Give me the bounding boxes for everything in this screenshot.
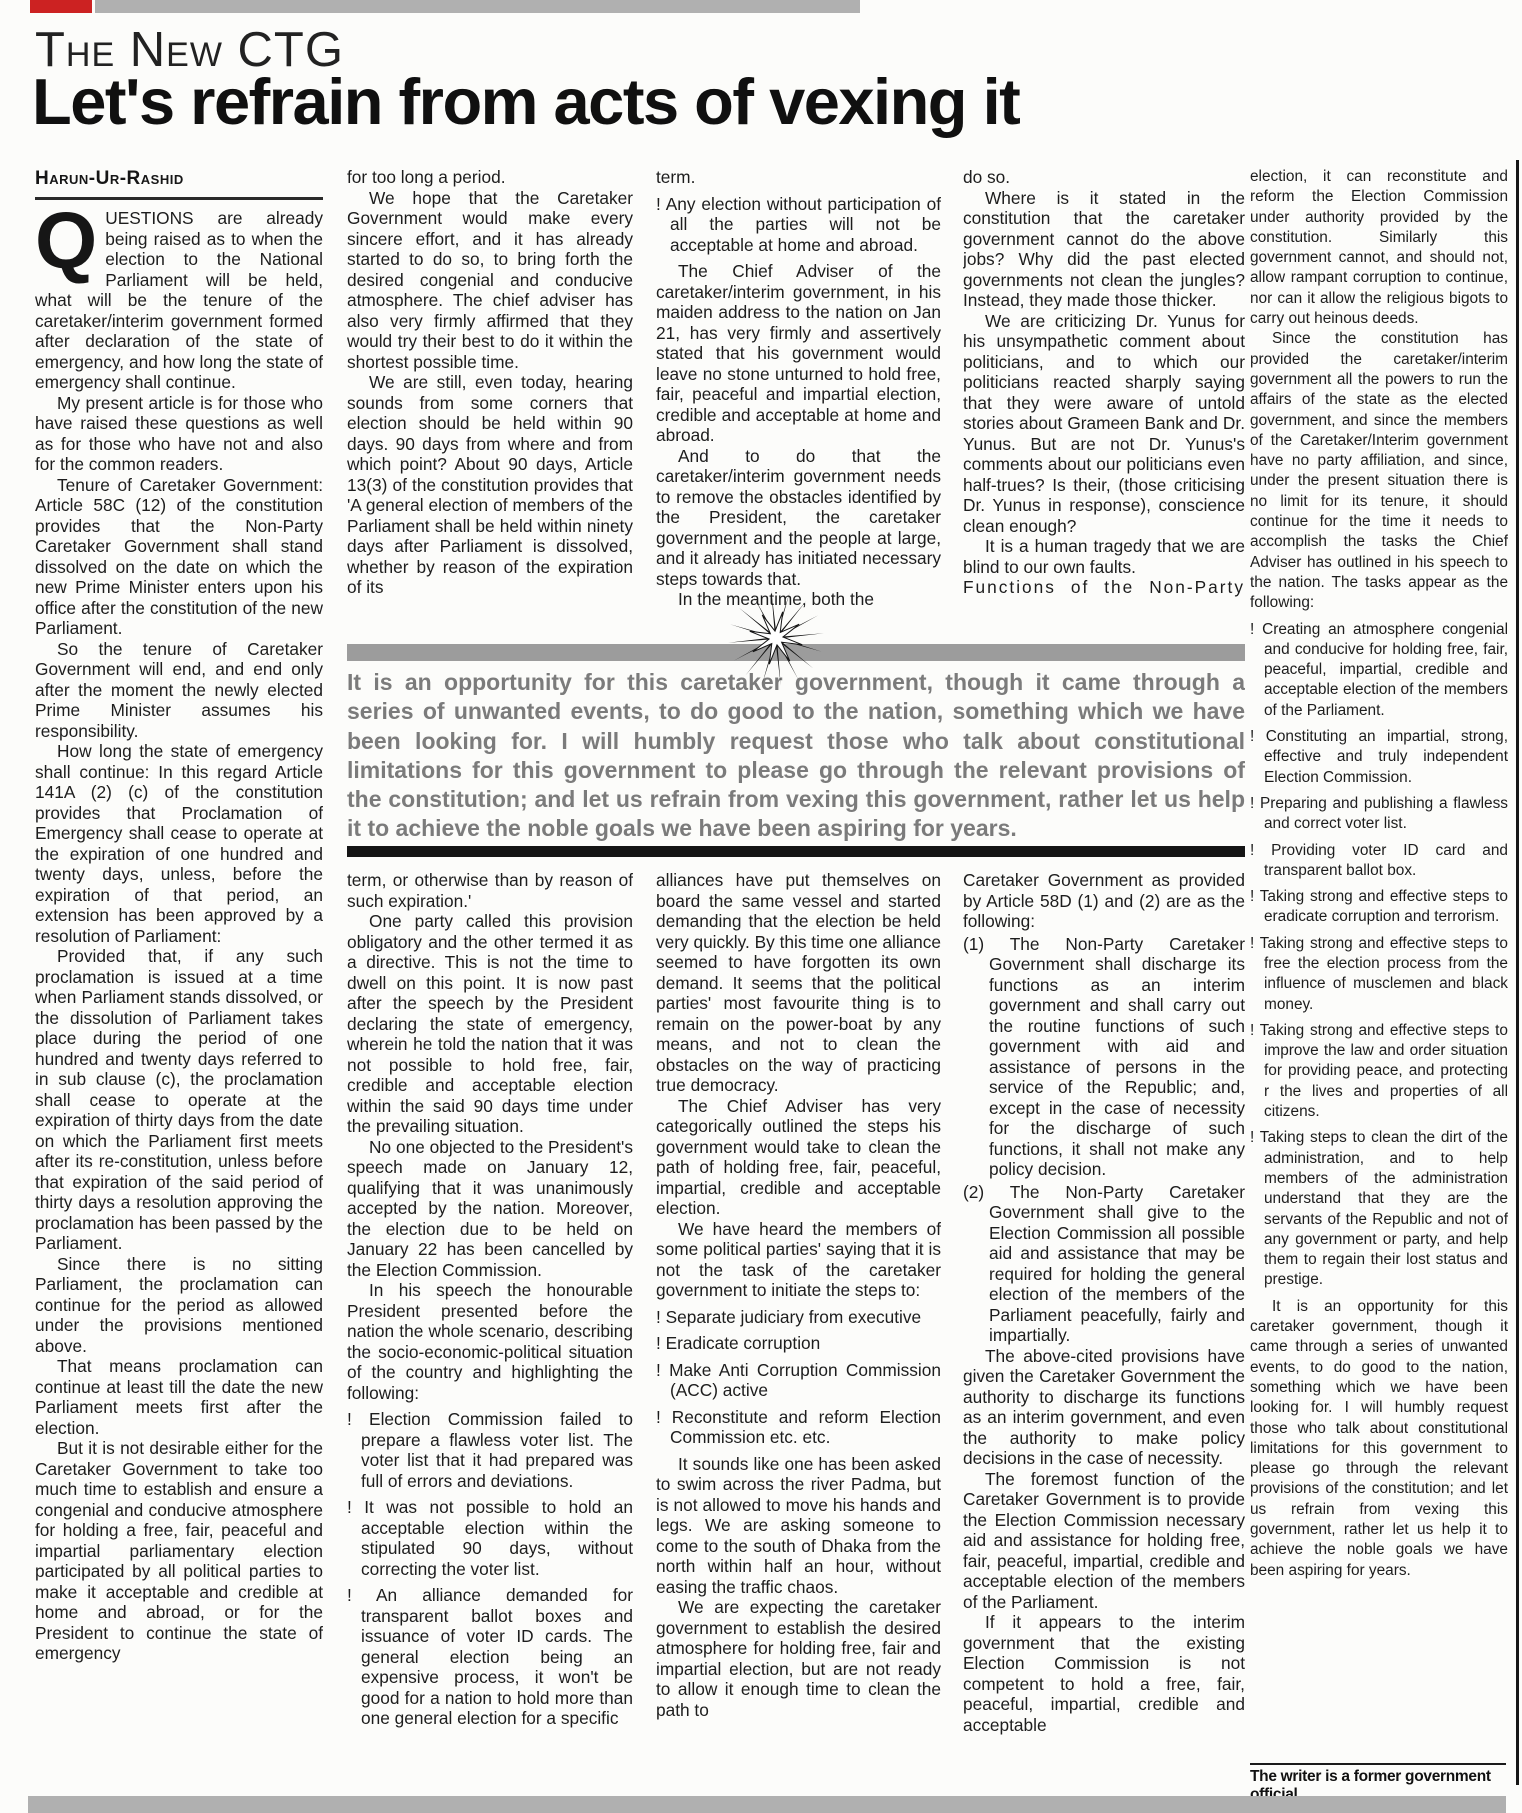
bullet-item: ! Taking steps to clean the dirt of the … [1250,1128,1508,1290]
bullet-mark: ! [1250,842,1254,859]
bullet-mark: ! [347,1585,352,1605]
paragraph: Tenure of Caretaker Government: Article … [35,475,323,639]
paragraph: Since there is no sitting Parliament, th… [35,1254,323,1357]
column-5: election, it can reconstitute and reform… [1250,167,1508,1755]
bullet-mark: ! [347,1409,352,1429]
paragraph: The foremost function of the Caretaker G… [963,1469,1245,1613]
bullet-item: ! Taking strong and effective steps to e… [1250,887,1508,928]
paragraph: And to do that the caretaker/interim gov… [656,446,941,590]
paragraph: Where is it stated in the constitution t… [963,188,1245,311]
paragraph: We hope that the Caretaker Government wo… [347,188,633,373]
numbered-item: (1) The Non-Party Caretaker Government s… [963,934,1245,1180]
bullet-mark: ! [656,1307,661,1327]
bullet-item: ! Providing voter ID card and transparen… [1250,841,1508,882]
numbered-item: (2) The Non-Party Caretaker Government s… [963,1182,1245,1346]
paragraph: If it appears to the interim government … [963,1612,1245,1735]
paragraph: do so. [963,167,1245,188]
bullet-mark: ! [1250,1129,1254,1146]
bullet-item: ! Constituting an impartial, strong, eff… [1250,727,1508,788]
bullet-item: ! Election Commission failed to prepare … [347,1409,633,1491]
bullet-mark: ! [656,194,661,214]
bullet-mark: ! [656,1333,661,1353]
column-4-lower: Caretaker Government as provided by Arti… [963,870,1245,1792]
paragraph: We are still, even today, hearing sounds… [347,372,633,598]
paragraph: We are criticizing Dr. Yunus for his uns… [963,311,1245,537]
bullet-mark: ! [656,1360,661,1380]
paragraph: My present article is for those who have… [35,393,323,475]
bullet-item: ! Taking strong and effective steps to f… [1250,934,1508,1015]
paragraph: We have heard the members of some politi… [656,1219,941,1301]
bullet-item: ! Reconstitute and reform Election Commi… [656,1407,941,1448]
bullet-mark: ! [1250,1022,1254,1039]
bullet-item: ! Any election without participation of … [656,194,941,256]
bullet-item: ! Taking strong and effective steps to i… [1250,1021,1508,1122]
byline-rule [35,197,323,200]
paragraph: No one objected to the President's speec… [347,1137,633,1281]
column-1: QUESTIONS are already being raised as to… [35,208,323,1792]
page-edge-rule [1516,160,1519,1785]
bullet-item: ! Make Anti Corruption Commission (ACC) … [656,1360,941,1401]
pull-quote: It is an opportunity for this caretaker … [347,668,1245,844]
paragraph: QUESTIONS are already being raised as to… [35,208,323,393]
bullet-item: ! Eradicate corruption [656,1333,941,1354]
column-3-upper: term.! Any election without participatio… [656,167,941,637]
column-4-upper: do so.Where is it stated in the constitu… [963,167,1245,637]
starburst-icon [726,588,826,688]
paragraph: The above-cited provisions have given th… [963,1346,1245,1469]
headline: Let's refrain from acts of vexing it [32,68,1512,136]
credit-rule [1250,1763,1506,1765]
paragraph: election, it can reconstitute and reform… [1250,167,1508,329]
paragraph: One party called this provision obligato… [347,911,633,1137]
paragraph: Functions of the Non-Party [963,577,1245,598]
paragraph: The Chief Adviser of the caretaker/inter… [656,261,941,446]
paragraph: for too long a period. [347,167,633,188]
bullet-mark: ! [1250,888,1254,905]
paragraph: That means proclamation can continue at … [35,1356,323,1438]
column-2-lower: term, or otherwise than by reason of suc… [347,870,633,1792]
paragraph: term, or otherwise than by reason of suc… [347,870,633,911]
newspaper-page: The New CTG Let's refrain from acts of v… [0,0,1522,1813]
paragraph: Caretaker Government as provided by Arti… [963,870,1245,932]
bullet-mark: ! [1250,935,1254,952]
bullet-mark: ! [656,1407,661,1427]
bullet-mark: ! [1250,795,1254,812]
bullet-mark: ! [1250,728,1254,745]
paragraph: It sounds like one has been asked to swi… [656,1454,941,1598]
bullet-item: ! An alliance demanded for transparent b… [347,1585,633,1729]
pull-quote-bottom-bar [347,846,1245,857]
bullet-item: ! It was not possible to hold an accepta… [347,1497,633,1579]
top-gray-bar [95,0,860,13]
paragraph: term. [656,167,941,188]
bottom-gray-bar [28,1796,1506,1813]
paragraph: But it is not desirable either for the C… [35,1438,323,1664]
bullet-item: ! Creating an atmosphere congenial and c… [1250,620,1508,721]
byline: Harun-Ur-Rashid [35,168,184,190]
drop-cap: Q [35,211,97,271]
bullet-mark: ! [347,1497,352,1517]
column-2-upper: for too long a period.We hope that the C… [347,167,633,637]
column-3-lower: alliances have put themselves on board t… [656,870,941,1792]
paragraph: It is a human tragedy that we are blind … [963,536,1245,577]
paragraph: We are expecting the caretaker governmen… [656,1597,941,1720]
top-red-bar [30,0,92,13]
bullet-item: ! Separate judiciary from executive [656,1307,941,1328]
paragraph: Since the constitution has provided the … [1250,329,1508,613]
bullet-mark: ! [1250,621,1254,638]
paragraph: It is an opportunity for this caretaker … [1250,1297,1508,1581]
paragraph: alliances have put themselves on board t… [656,870,941,1096]
paragraph: The Chief Adviser has very categorically… [656,1096,941,1219]
bullet-item: ! Preparing and publishing a flawless an… [1250,794,1508,835]
paragraph: Provided that, if any such proclamation … [35,946,323,1254]
paragraph: How long the state of emergency shall co… [35,741,323,946]
paragraph: So the tenure of Caretaker Government wi… [35,639,323,742]
paragraph: In his speech the honourable President p… [347,1280,633,1403]
